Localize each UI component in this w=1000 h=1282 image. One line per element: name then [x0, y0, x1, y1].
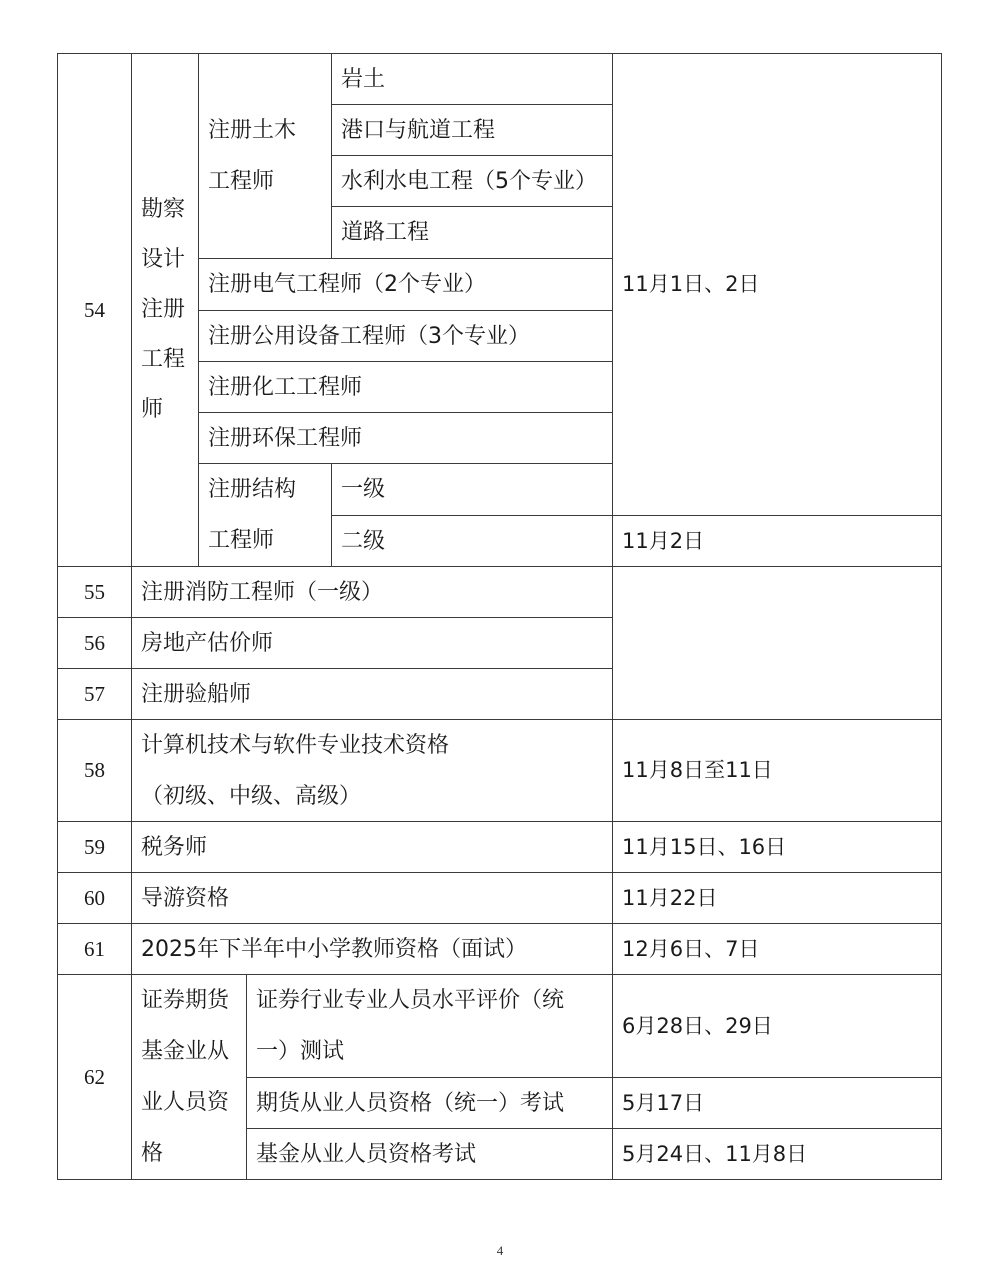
utility-engineer: 注册公用设备工程师（3个专业）	[198, 310, 613, 362]
row-number-62: 62	[57, 974, 132, 1180]
label-line: 工程师	[208, 515, 331, 566]
name-line: （初级、中级、高级）	[141, 771, 612, 822]
page-number: 4	[0, 1243, 1000, 1259]
exam-name-56: 房地产估价师	[131, 617, 613, 669]
row-number-58: 58	[57, 719, 132, 822]
number-text: 62	[58, 1052, 131, 1103]
environmental-engineer: 注册环保工程师	[198, 412, 613, 464]
exam-name-futures: 期货从业人员资格（统一）考试	[246, 1077, 613, 1129]
chemical-engineer: 注册化工工程师	[198, 361, 613, 413]
civil-sub-hydro: 水利水电工程（5个专业）	[331, 155, 613, 207]
structural-level-1: 一级	[331, 463, 613, 516]
number-text: 54	[58, 285, 131, 336]
exam-name-60: 导游资格	[131, 872, 613, 924]
structural-level-2: 二级	[331, 515, 613, 567]
exam-date-60: 11月22日	[612, 872, 942, 924]
exam-date-59: 11月15日、16日	[612, 821, 942, 873]
exam-name-58: 计算机技术与软件专业技术资格 （初级、中级、高级）	[131, 719, 613, 822]
date-text: 6月28日、29日	[622, 1001, 941, 1052]
exam-name-55: 注册消防工程师（一级）	[131, 566, 613, 618]
name-line: 一）测试	[256, 1026, 612, 1077]
category-line: 格	[141, 1128, 246, 1179]
exam-name-securities: 证券行业专业人员水平评价（统 一）测试	[246, 974, 613, 1078]
category-line: 工程	[141, 335, 198, 385]
label-line: 工程师	[208, 156, 331, 207]
exam-name-59: 税务师	[131, 821, 613, 873]
name-line: 计算机技术与软件专业技术资格	[141, 720, 612, 771]
label-line: 注册土木	[208, 105, 331, 156]
row-number-57: 57	[57, 668, 132, 720]
label-line: 注册结构	[208, 464, 331, 515]
exam-name-61: 2025年下半年中小学教师资格（面试）	[131, 923, 613, 975]
category-line: 业人员资	[141, 1077, 246, 1128]
name-line: 证券行业专业人员水平评价（统	[256, 975, 612, 1026]
number-text: 58	[58, 745, 131, 796]
civil-sub-port: 港口与航道工程	[331, 104, 613, 156]
row-number-56: 56	[57, 617, 132, 669]
category-survey-design: 勘察 设计 注册 工程 师	[131, 53, 199, 567]
date-text: 11月1日、2日	[622, 259, 941, 310]
electrical-engineer: 注册电气工程师（2个专业）	[198, 258, 613, 311]
row-number-59: 59	[57, 821, 132, 873]
exam-date-55-57	[612, 566, 942, 720]
row-number-54: 54	[57, 53, 132, 567]
category-line: 基金业从	[141, 1026, 246, 1077]
exam-date-54-level2: 11月2日	[612, 515, 942, 567]
exam-date-58: 11月8日至11日	[612, 719, 942, 822]
exam-name-57: 注册验船师	[131, 668, 613, 720]
row-number-61: 61	[57, 923, 132, 975]
category-line: 师	[141, 385, 198, 435]
structural-engineer-label: 注册结构 工程师	[198, 463, 332, 567]
date-text: 11月8日至11日	[622, 745, 941, 796]
category-line: 勘察	[141, 185, 198, 235]
civil-sub-geotech: 岩土	[331, 53, 613, 105]
category-securities-futures-fund: 证券期货 基金业从 业人员资 格	[131, 974, 247, 1180]
row-number-55: 55	[57, 566, 132, 618]
exam-date-futures: 5月17日	[612, 1077, 942, 1129]
category-line: 注册	[141, 285, 198, 335]
exam-date-fund: 5月24日、11月8日	[612, 1128, 942, 1180]
row-number-60: 60	[57, 872, 132, 924]
exam-date-54: 11月1日、2日	[612, 53, 942, 516]
category-line: 证券期货	[141, 975, 246, 1026]
civil-engineer-label: 注册土木 工程师	[198, 53, 332, 259]
exam-name-fund: 基金从业人员资格考试	[246, 1128, 613, 1180]
exam-date-61: 12月6日、7日	[612, 923, 942, 975]
civil-sub-road: 道路工程	[331, 206, 613, 259]
exam-date-securities: 6月28日、29日	[612, 974, 942, 1078]
category-line: 设计	[141, 235, 198, 285]
